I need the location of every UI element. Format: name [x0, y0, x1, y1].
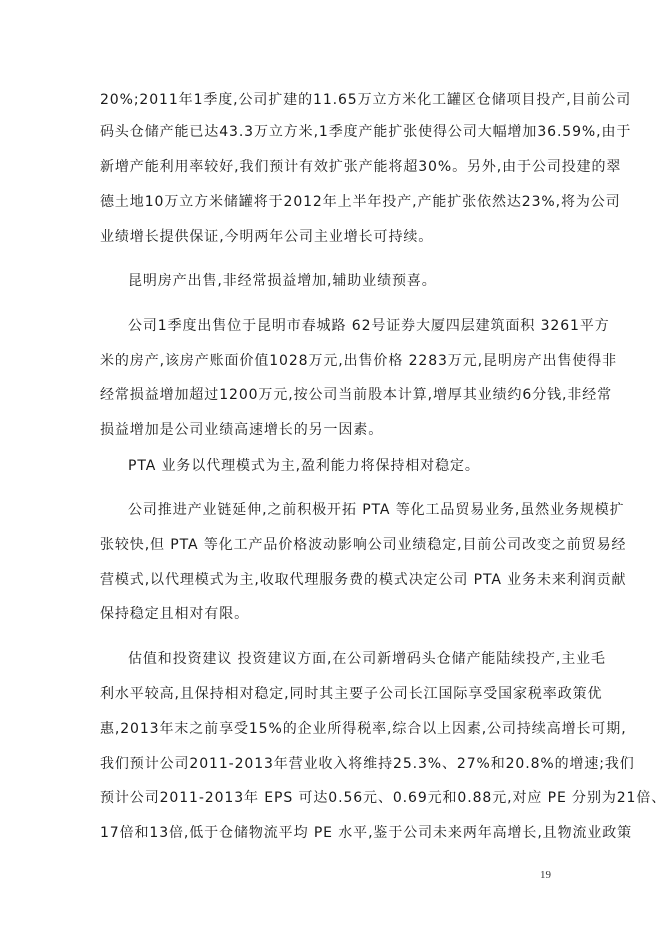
paragraph-line: 20%;2011年1季度,公司扩建的11.65万立方米化工罐区仓储项目投产,目前…: [100, 91, 562, 109]
paragraph-line: 张较快,但 PTA 等化工产品价格波动影响公司业绩稳定,目前公司改变之前贸易经: [100, 536, 562, 554]
paragraph-line: 公司1季度出售位于昆明市春城路 62号证券大厦四层建筑面积 3261平方: [128, 317, 562, 335]
section-heading: PTA 业务以代理模式为主,盈利能力将保持相对稳定。: [128, 457, 562, 475]
paragraph-line: 预计公司2011-2013年 EPS 可达0.56元、0.69元和0.88元,对…: [100, 789, 562, 807]
paragraph-line: 经常损益增加超过1200万元,按公司当前股本计算,增厚其业绩约6分钱,非经常: [100, 386, 562, 404]
page-number: 19: [540, 869, 551, 881]
paragraph-line: 德土地10万立方米储罐将于2012年上半年投产,产能扩张依然达23%,将为公司: [100, 193, 562, 211]
paragraph-line: 新增产能利用率较好,我们预计有效扩张产能将超30%。另外,由于公司投建的翠: [100, 158, 562, 176]
paragraph-line: 17倍和13倍,低于仓储物流平均 PE 水平,鉴于公司未来两年高增长,且物流业政…: [100, 824, 562, 842]
paragraph-line: 损益增加是公司业绩高速增长的另一因素。: [100, 421, 562, 439]
document-page: 20%;2011年1季度,公司扩建的11.65万立方米化工罐区仓储项目投产,目前…: [0, 0, 661, 935]
paragraph-line: 米的房产,该房产账面价值1028万元,出售价格 2283万元,昆明房产出售使得非: [100, 352, 562, 370]
paragraph-line: 利水平较高,且保持相对稳定,同时其主要子公司长江国际享受国家税率政策优: [100, 685, 562, 703]
paragraph-line: 保持稳定且相对有限。: [100, 605, 562, 623]
paragraph-line: 业绩增长提供保证,今明两年公司主业增长可持续。: [100, 228, 562, 246]
paragraph-line: 营模式,以代理模式为主,收取代理服务费的模式决定公司 PTA 业务未来利润贡献: [100, 571, 562, 589]
paragraph-line: 惠,2013年末之前享受15%的企业所得税率,综合以上因素,公司持续高增长可期,: [100, 720, 562, 738]
paragraph-line: 估值和投资建议 投资建议方面,在公司新增码头仓储产能陆续投产,主业毛: [128, 650, 562, 668]
section-heading: 昆明房产出售,非经常损益增加,辅助业绩预喜。: [128, 272, 562, 290]
paragraph-line: 我们预计公司2011-2013年营业收入将维持25.3%、27%和20.8%的增…: [100, 755, 562, 773]
paragraph-line: 码头仓储产能已达43.3万立方米,1季度产能扩张使得公司大幅增加36.59%,由…: [100, 123, 562, 141]
paragraph-line: 公司推进产业链延伸,之前积极开拓 PTA 等化工品贸易业务,虽然业务规模扩: [128, 501, 562, 519]
